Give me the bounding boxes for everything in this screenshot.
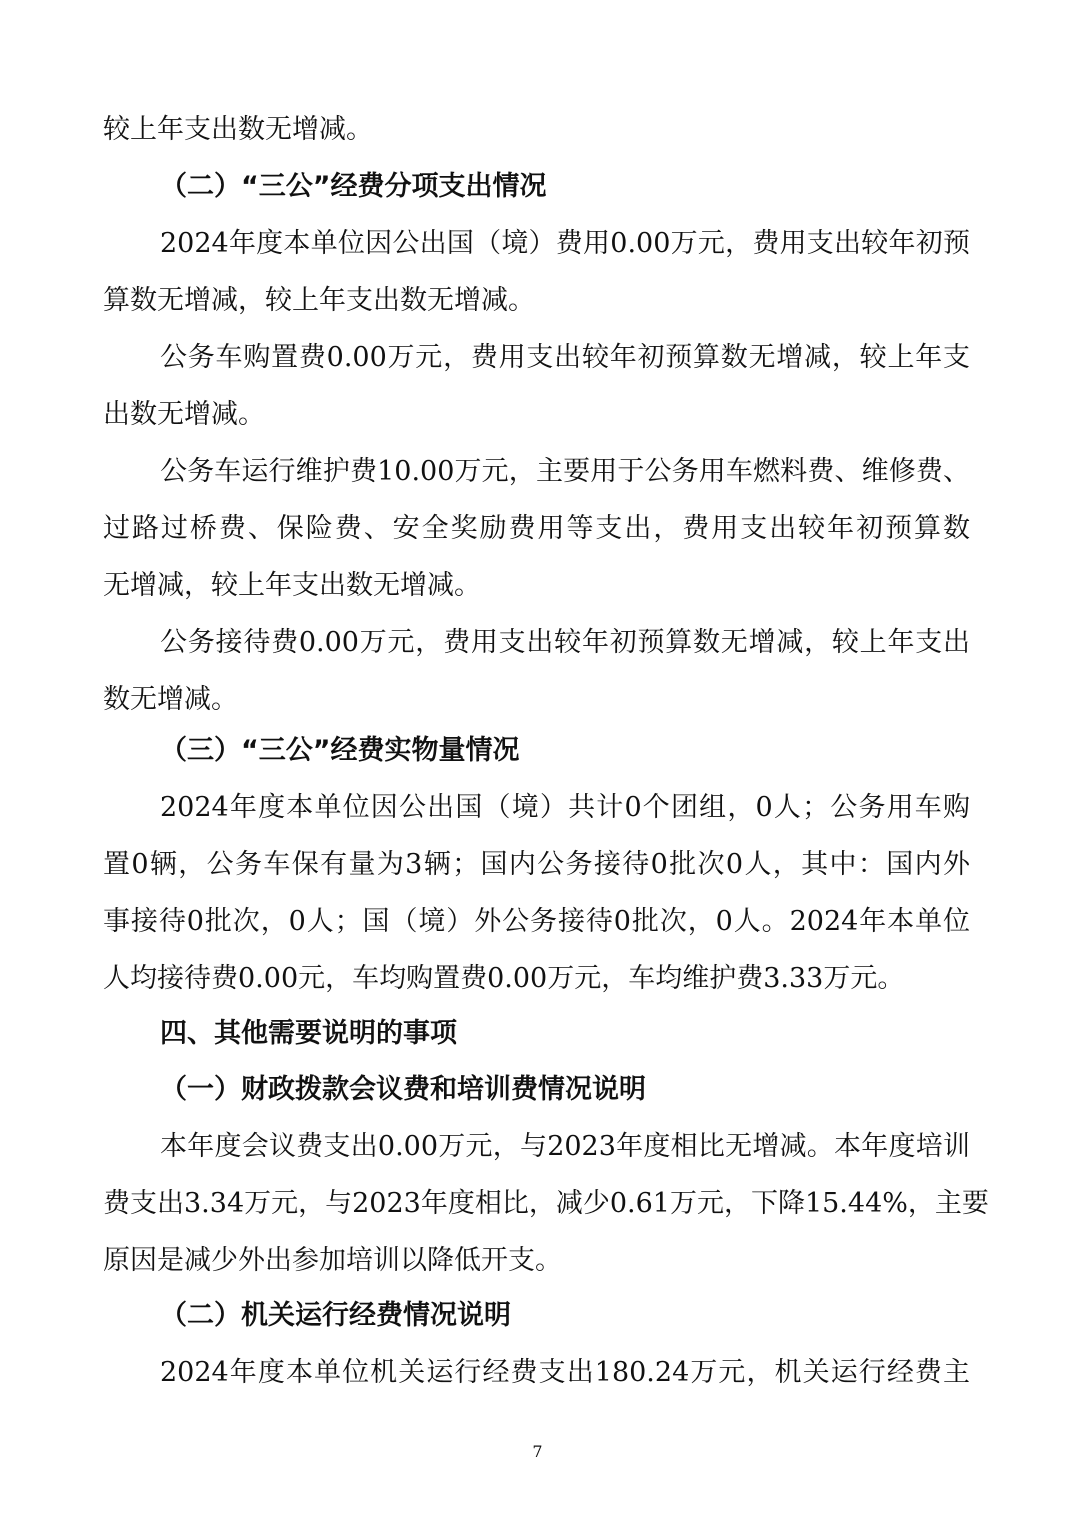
page-number: 7 [0,1442,1075,1462]
paragraph-line: 原因是减少外出参加培训以降低开支。 [103,1241,970,1281]
paragraph-line: 公务接待费0.00万元，费用支出较年初预算数无增减，较上年支出 [160,623,970,663]
paragraph-line: 较上年支出数无增减。 [103,110,970,150]
paragraph-line: 过路过桥费、保险费、安全奖励费用等支出，费用支出较年初预算数 [103,509,970,549]
paragraph-line: 出数无增减。 [103,395,970,435]
paragraph-line: 费支出3.34万元，与2023年度相比，减少0.61万元，下降15.44%，主要 [103,1184,970,1224]
document-page: 较上年支出数无增减。 （二）“三公”经费分项支出情况 2024年度本单位因公出国… [0,0,1075,1520]
paragraph-line: 事接待0批次，0人；国（境）外公务接待0批次，0人。2024年本单位 [103,902,970,942]
paragraph-line: 2024年度本单位机关运行经费支出180.24万元，机关运行经费主 [160,1353,970,1393]
section-heading-operating-expenses: （二）机关运行经费情况说明 [160,1296,511,1336]
paragraph-line: 公务车购置费0.00万元，费用支出较年初预算数无增减，较上年支 [160,338,970,378]
paragraph-line: 人均接待费0.00元，车均购置费0.00万元，车均维护费3.33万元。 [103,959,970,999]
section-heading-three-public-itemized: （二）“三公”经费分项支出情况 [160,167,547,207]
section-heading-three-public-physical: （三）“三公”经费实物量情况 [160,731,520,771]
paragraph-line: 算数无增减，较上年支出数无增减。 [103,281,970,321]
paragraph-line: 无增减，较上年支出数无增减。 [103,566,970,606]
paragraph-line: 本年度会议费支出0.00万元，与2023年度相比无增减。本年度培训 [160,1127,970,1167]
section-heading-meeting-training: （一）财政拨款会议费和培训费情况说明 [160,1070,646,1110]
paragraph-line: 2024年度本单位因公出国（境）费用0.00万元，费用支出较年初预 [160,224,970,264]
section-heading-other-matters: 四、其他需要说明的事项 [160,1014,457,1054]
paragraph-line: 置0辆，公务车保有量为3辆；国内公务接待0批次0人，其中：国内外 [103,845,970,885]
paragraph-line: 2024年度本单位因公出国（境）共计0个团组，0人；公务用车购 [160,788,970,828]
paragraph-line: 数无增减。 [103,680,970,720]
paragraph-line: 公务车运行维护费10.00万元，主要用于公务用车燃料费、维修费、 [160,452,970,492]
